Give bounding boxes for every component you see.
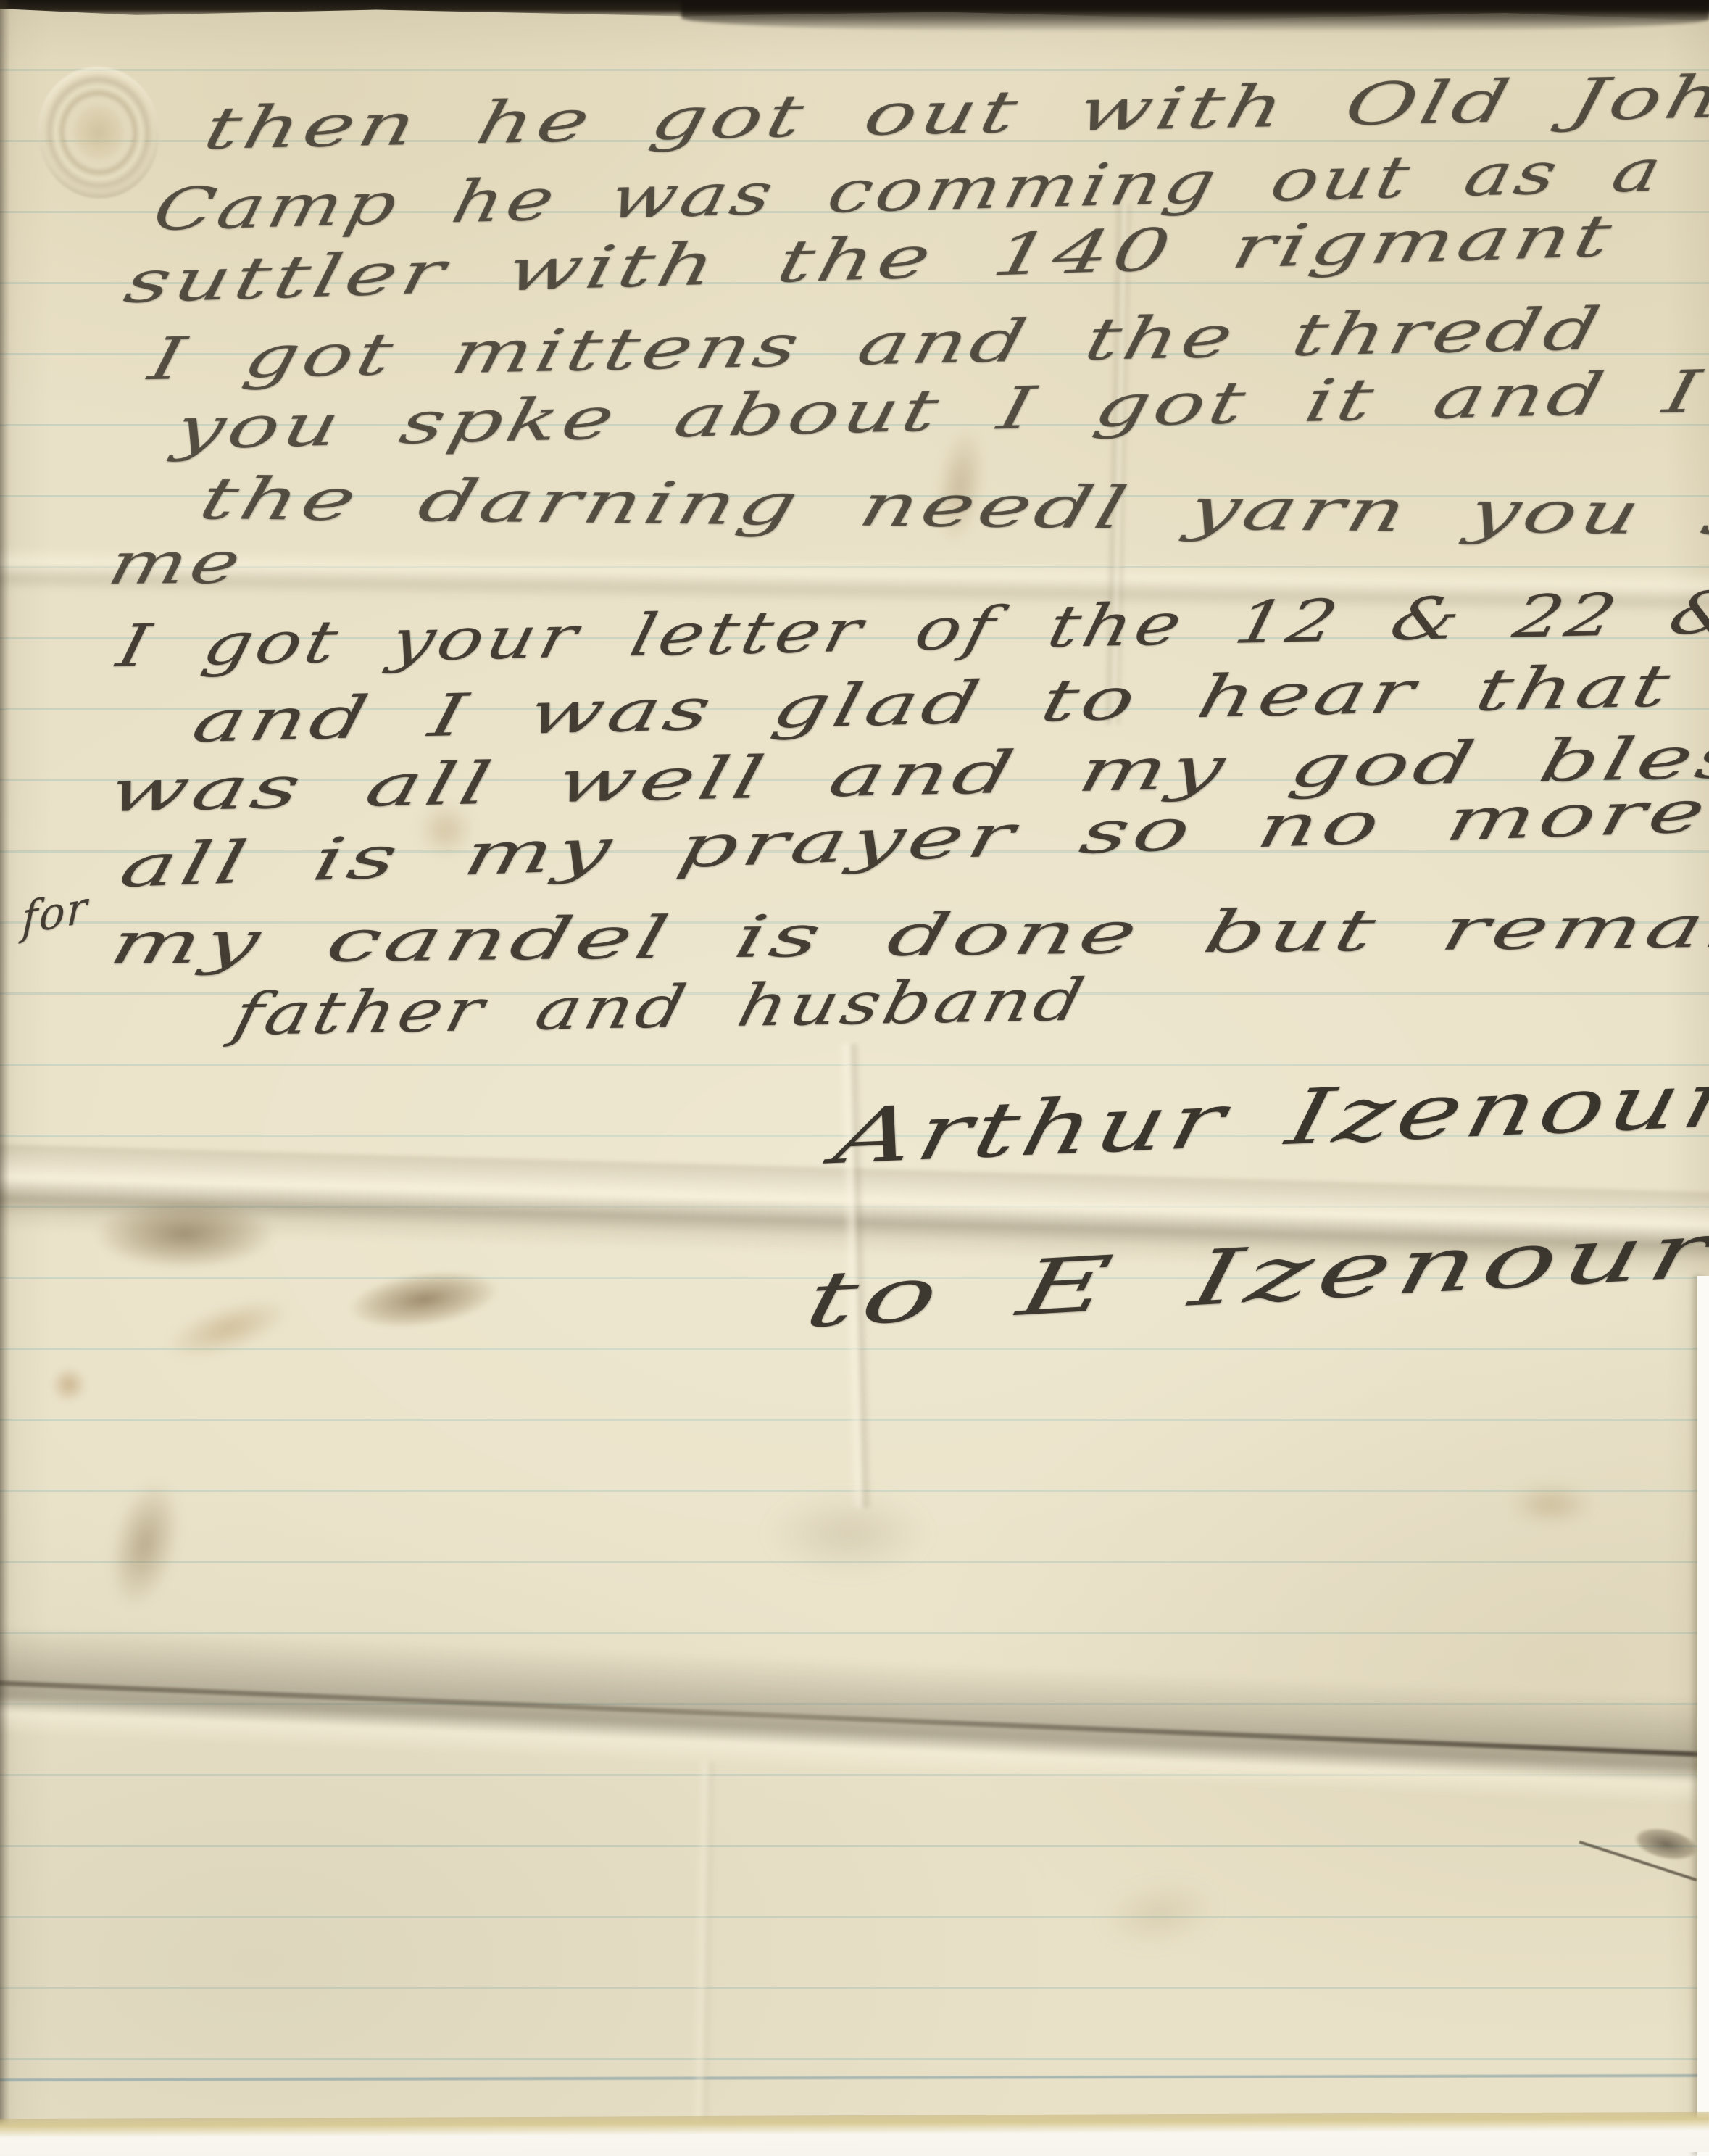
marginal-insertion: for — [21, 885, 89, 941]
stain — [136, 1272, 321, 1385]
letter-line: me — [103, 534, 250, 593]
signature: Arthur Izenour — [828, 1061, 1709, 1174]
letter-line: the darning needl yarn you sen — [194, 470, 1709, 545]
stain — [739, 1479, 957, 1588]
scan-background-right — [1697, 1276, 1709, 2156]
stain — [94, 1200, 275, 1269]
stain — [1073, 1857, 1245, 1970]
page-bottom-edge — [0, 2112, 1709, 2156]
stain — [43, 1359, 94, 1410]
stain — [82, 1449, 208, 1639]
embossed-seal-icon — [31, 61, 166, 205]
page-top-edge-shadow — [681, 0, 1709, 32]
letter-line: my candel is done but remain your — [104, 894, 1709, 973]
ruled-line-strong — [0, 2074, 1709, 2081]
page-left-edge — [0, 0, 10, 2133]
stain — [345, 1262, 503, 1337]
fold-crease-lower — [0, 1622, 1709, 1821]
scanned-letter: then he got out with Old John Camp he wa… — [0, 0, 1709, 2156]
letter-line: father and husband — [228, 971, 1093, 1044]
edge-tear-line — [1579, 1841, 1697, 1881]
paper-sheet: then he got out with Old John Camp he wa… — [0, 0, 1709, 2133]
fold-crease-lower-line — [0, 1680, 1709, 1758]
addressee-line: to E Izenour — [799, 1211, 1709, 1338]
vertical-crease-bottom — [693, 1762, 715, 2124]
stain — [1493, 1475, 1609, 1533]
edge-tear-mark — [1607, 1808, 1705, 1890]
